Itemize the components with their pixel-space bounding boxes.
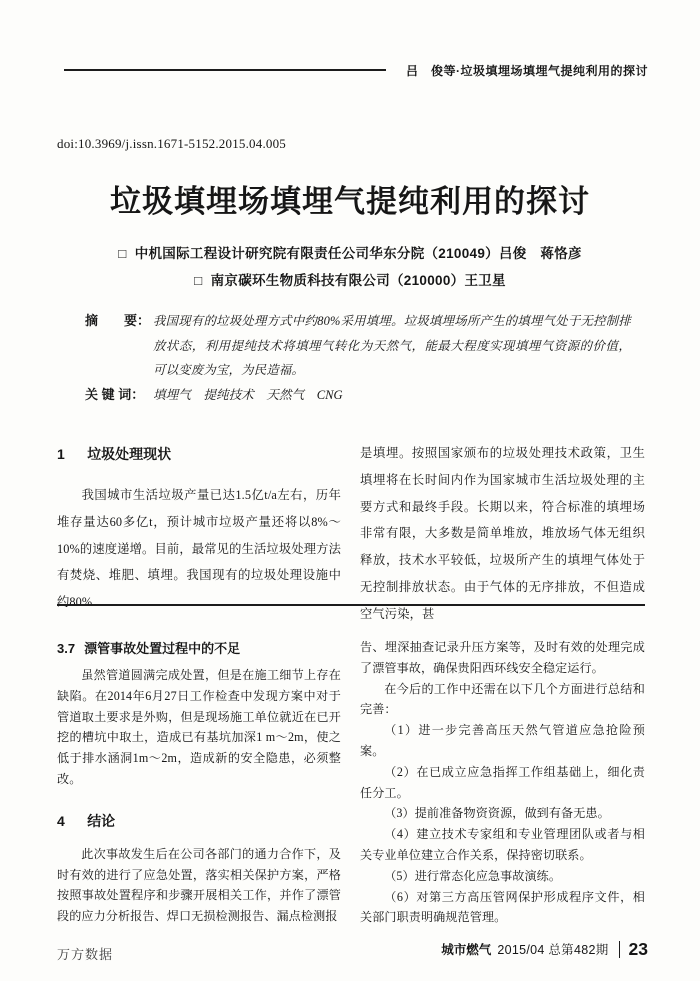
keywords-text: 填埋气 提纯技术 天然气 CNG [153, 383, 631, 408]
paragraph: 是填埋。按照国家颁布的垃圾处理技术政策，卫生填埋将在长时间内作为国家城市生活垃圾… [360, 440, 645, 628]
author-block: □中机国际工程设计研究院有限责任公司华东分院（210049）吕俊 蒋恪彦 □南京… [0, 240, 700, 294]
list-item: （1）进一步完善高压天然气管道应急抢险预案。 [360, 720, 645, 762]
abstract-row: 摘 要： 我国现有的垃圾处理方式中约80%采用填埋。垃圾填埋场所产生的填埋气处于… [85, 309, 631, 383]
section1-heading: 1垃圾处理现状 [57, 444, 341, 464]
paragraph: 在今后的工作中还需在以下几个方面进行总结和完善： [360, 679, 645, 721]
author-line: □中机国际工程设计研究院有限责任公司华东分院（210049）吕俊 蒋恪彦 [0, 240, 700, 267]
section4-heading: 4结论 [57, 812, 341, 830]
author-affiliation: 南京碳环生物质科技有限公司（210000）王卫星 [211, 273, 506, 288]
prev-article-right-column: 告、埋深抽查记录升压方案等，及时有效的处理完成了漂管事故，确保贵阳西环线安全稳定… [360, 637, 645, 928]
running-title: 吕 俊等·垃圾填埋场填埋气提纯利用的探讨 [406, 62, 648, 79]
footer-divider [619, 941, 620, 958]
paragraph: 告、埋深抽查记录升压方案等，及时有效的处理完成了漂管事故，确保贵阳西环线安全稳定… [360, 637, 645, 679]
section37-heading: 3.7漂管事故处置过程中的不足 [57, 640, 341, 658]
keywords-label: 关 键 词： [85, 383, 153, 408]
previous-article-columns: 3.7漂管事故处置过程中的不足 虽然管道圆满完成处置，但是在施工细节上存在缺陷。… [57, 637, 645, 928]
list-item: （3）提前准备物资资源，做到有备无患。 [360, 803, 645, 824]
page-footer: 城市燃气 2015/04 总第482期 23 [441, 936, 648, 962]
wanfang-watermark: 万方数据 [57, 944, 113, 963]
abstract-block: 摘 要： 我国现有的垃圾处理方式中约80%采用填埋。垃圾填埋场所产生的填埋气处于… [85, 309, 631, 407]
keywords-row: 关 键 词： 填埋气 提纯技术 天然气 CNG [85, 383, 631, 408]
square-bullet-icon: □ [118, 240, 126, 267]
section1-columns: 1垃圾处理现状 我国城市生活垃圾产量已达1.5亿t/a左右，历年堆存量达60多亿… [57, 440, 645, 628]
section1-left-column: 1垃圾处理现状 我国城市生活垃圾产量已达1.5亿t/a左右，历年堆存量达60多亿… [57, 440, 341, 628]
header-rule [64, 69, 386, 71]
paragraph: 此次事故发生后在公司各部门的通力合作下，及时有效的进行了应急处置，落实相关保护方… [57, 844, 341, 927]
abstract-label: 摘 要： [85, 309, 153, 334]
article-title: 垃圾填埋场填埋气提纯利用的探讨 [0, 176, 700, 221]
author-affiliation: 中机国际工程设计研究院有限责任公司华东分院（210049）吕俊 蒋恪彦 [135, 246, 582, 261]
section-number: 3.7 [57, 641, 75, 656]
author-line: □南京碳环生物质科技有限公司（210000）王卫星 [0, 267, 700, 294]
list-item: （5）进行常态化应急事故演练。 [360, 866, 645, 887]
square-bullet-icon: □ [194, 267, 202, 294]
issue-info: 2015/04 总第482期 [497, 940, 608, 958]
page-number: 23 [629, 939, 648, 960]
section-title: 结论 [87, 813, 115, 829]
prev-article-left-column: 3.7漂管事故处置过程中的不足 虽然管道圆满完成处置，但是在施工细节上存在缺陷。… [57, 637, 341, 928]
journal-name: 城市燃气 [441, 940, 491, 958]
paragraph: 我国城市生活垃圾产量已达1.5亿t/a左右，历年堆存量达60多亿t，预计城市垃圾… [57, 482, 341, 616]
list-item: （4）建立技术专家组和专业管理团队或者与相关专业单位建立合作关系，保持密切联系。 [360, 824, 645, 866]
section-number: 4 [57, 813, 65, 829]
list-item: （2）在已成立应急指挥工作组基础上，细化责任分工。 [360, 762, 645, 804]
running-header: 吕 俊等·垃圾填埋场填埋气提纯利用的探讨 [64, 60, 648, 80]
doi-line: doi:10.3969/j.issn.1671-5152.2015.04.005 [57, 136, 286, 152]
section-number: 1 [57, 446, 65, 462]
section-title: 垃圾处理现状 [87, 446, 171, 462]
paragraph: 虽然管道圆满完成处置，但是在施工细节上存在缺陷。在2014年6月27日工作检查中… [57, 665, 341, 790]
section-title: 漂管事故处置过程中的不足 [84, 641, 240, 656]
article-divider-rule [57, 604, 645, 606]
list-item: （6）对第三方高压管网保护形成程序文件，相关部门职责明确规范管理。 [360, 887, 645, 929]
journal-page: 吕 俊等·垃圾填埋场填埋气提纯利用的探讨 doi:10.3969/j.issn.… [0, 0, 700, 981]
section1-right-column: 是填埋。按照国家颁布的垃圾处理技术政策，卫生填埋将在长时间内作为国家城市生活垃圾… [360, 440, 645, 628]
abstract-text: 我国现有的垃圾处理方式中约80%采用填埋。垃圾填埋场所产生的填埋气处于无控制排放… [153, 309, 631, 383]
